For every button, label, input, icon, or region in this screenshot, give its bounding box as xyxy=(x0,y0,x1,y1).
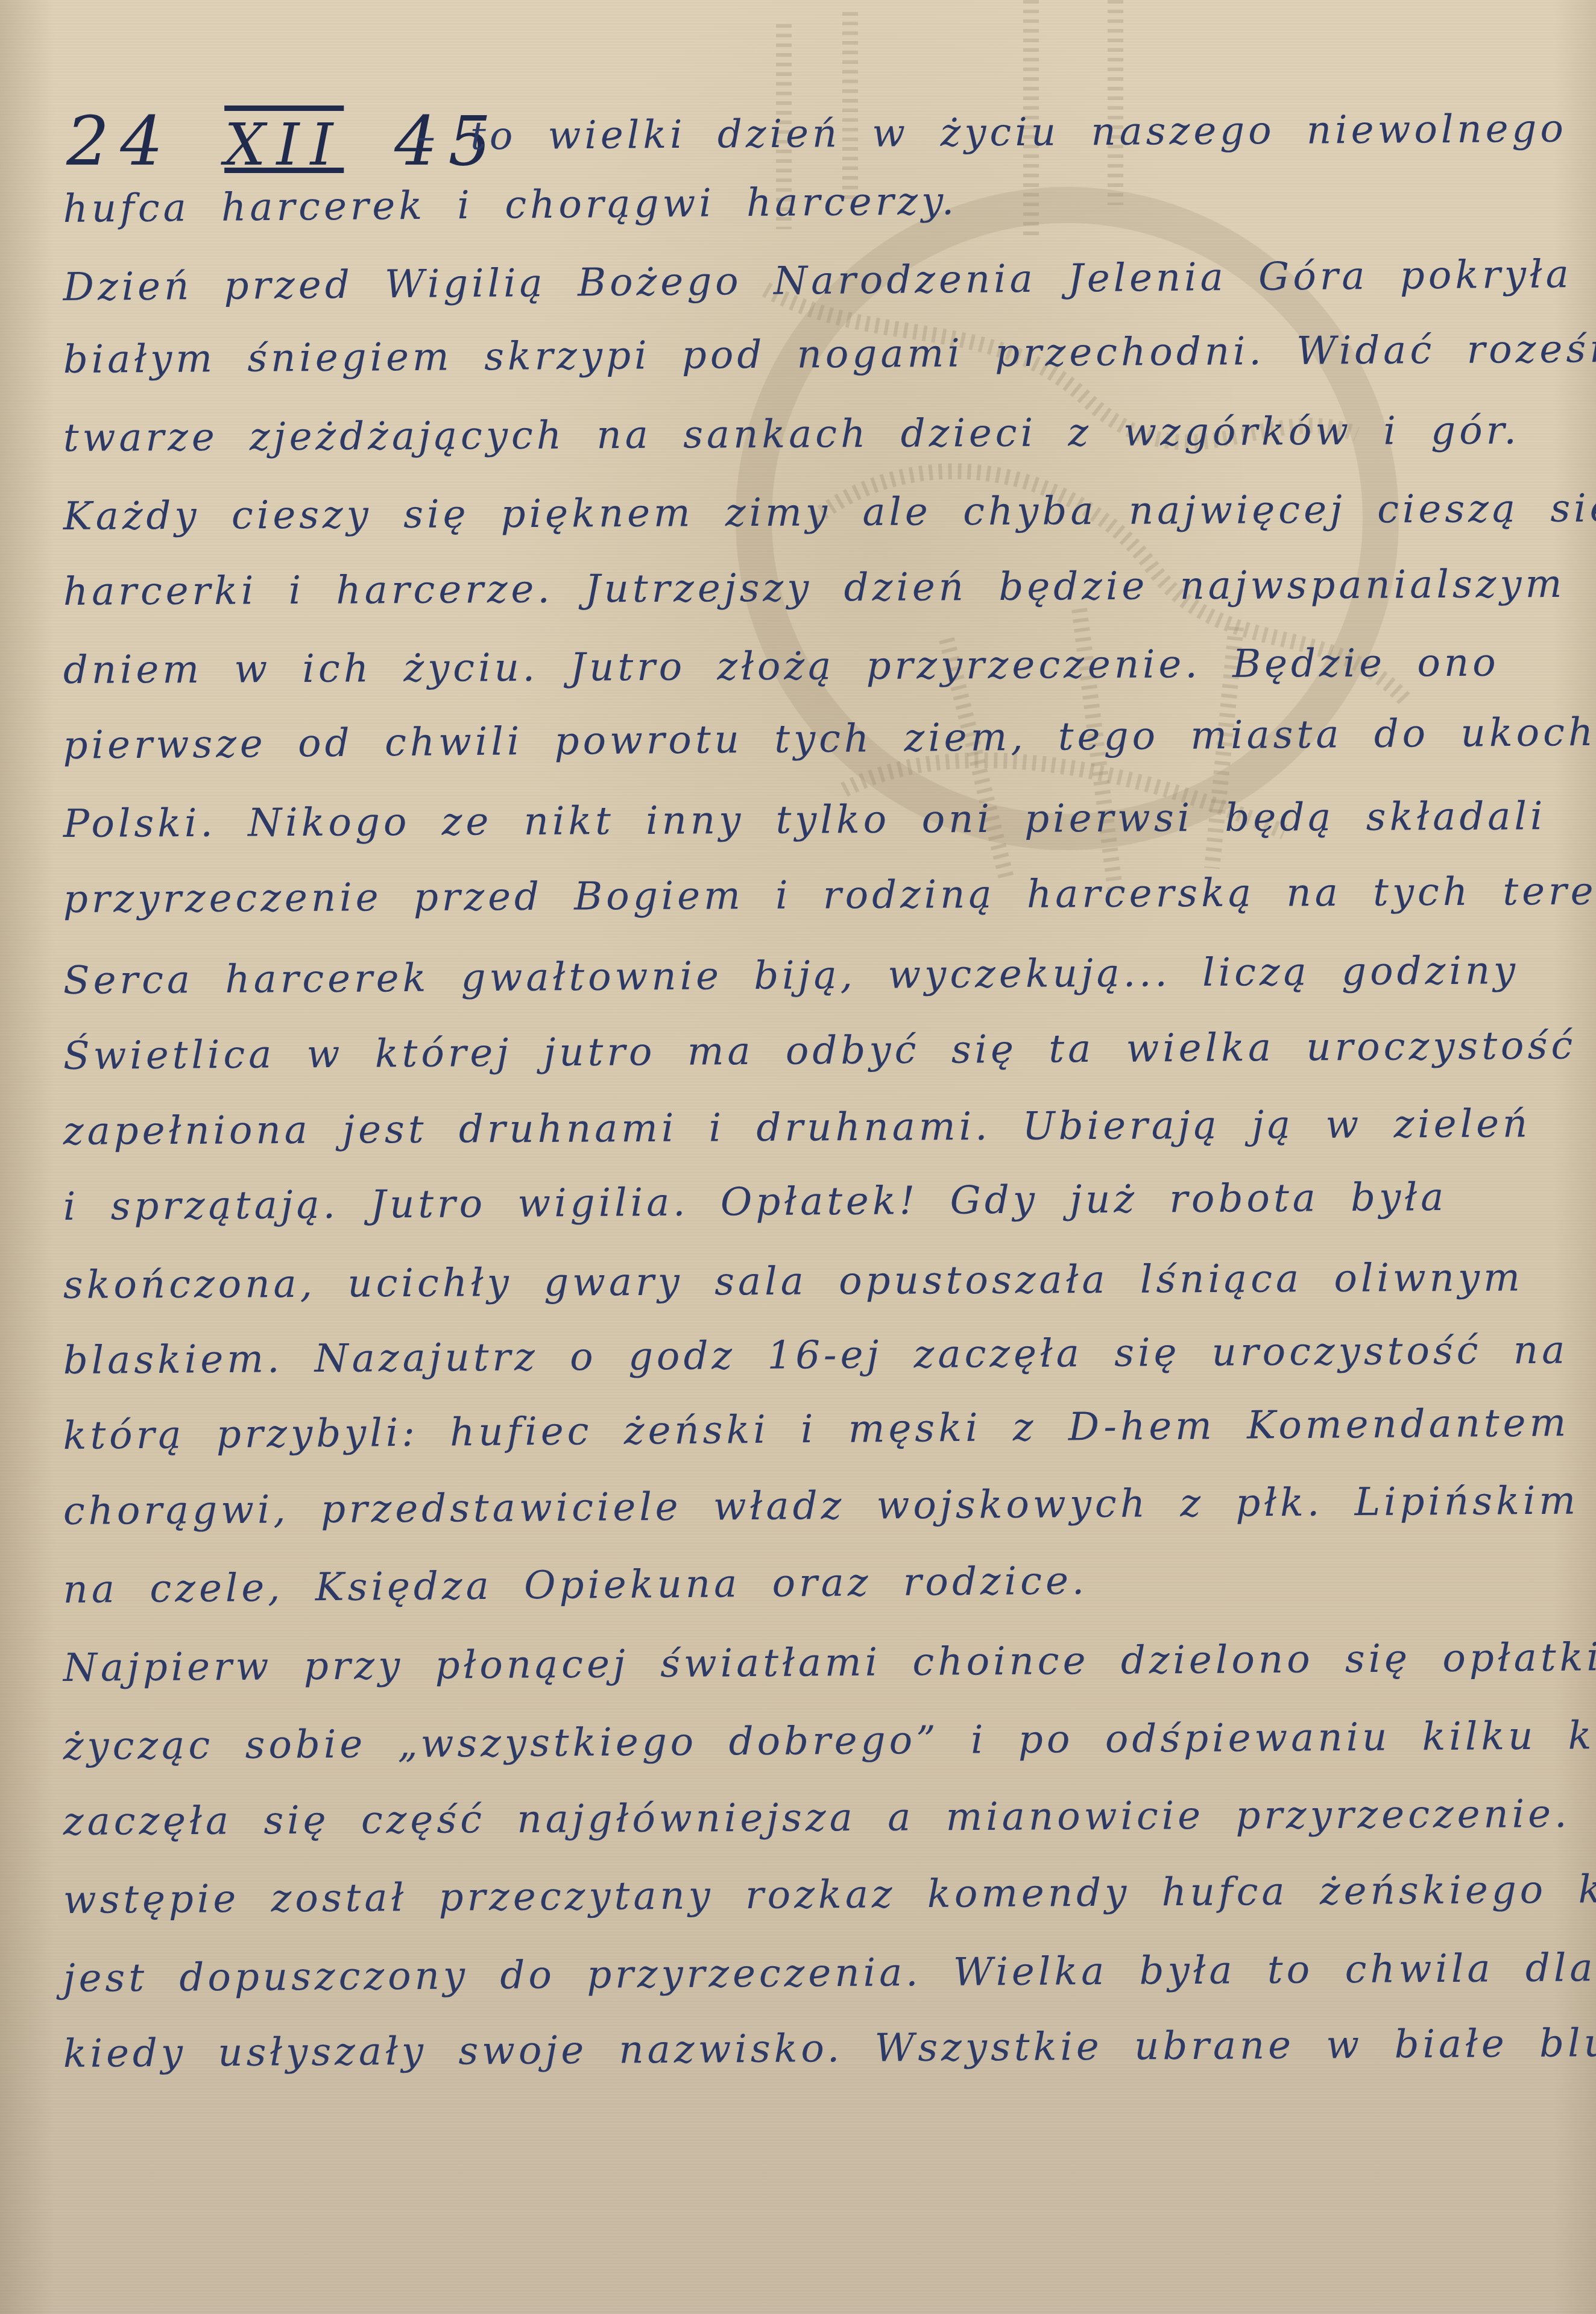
text-line: Każdy cieszy się pięknem zimy ale chyba … xyxy=(63,487,1596,539)
text-line: i sprzątają. Jutro wigilia. Opłatek! Gdy… xyxy=(63,1175,1447,1229)
text-line: przyrzeczenie przed Bogiem i rodziną har… xyxy=(63,869,1596,922)
text-line: Polski. Nikogo ze nikt inny tylko oni pi… xyxy=(63,794,1547,846)
text-line: skończona, ucichły gwary sala opustoszał… xyxy=(63,1255,1524,1308)
text-line: zapełniona jest druhnami i druhnami. Ubi… xyxy=(63,1102,1531,1154)
text-line: zaczęła się część najgłówniejsza a miano… xyxy=(63,1791,1596,1844)
text-line: pierwsze od chwili powrotu tych ziem, te… xyxy=(63,709,1596,768)
text-line: życząc sobie „wszystkiego dobrego” i po … xyxy=(63,1713,1596,1769)
text-line: harcerki i harcerze. Jutrzejszy dzień bę… xyxy=(63,562,1566,614)
text-line: kiedy usłyszały swoje nazwisko. Wszystki… xyxy=(63,2020,1596,2076)
text-line: białym śniegiem skrzypi pod nogami przec… xyxy=(63,326,1596,382)
text-line: którą przybyli: hufiec żeński i męski z … xyxy=(63,1401,1569,1458)
text-line: hufca harcerek i chorągwi harcerzy. xyxy=(63,179,957,232)
text-line: chorągwi, przedstawiciele władz wojskowy… xyxy=(63,1478,1579,1534)
text-line: wstępie został przeczytany rozkaz komend… xyxy=(63,1867,1596,1923)
text-line: blaskiem. Nazajutrz o godz 16-ej zaczęła… xyxy=(63,1328,1568,1383)
text-line: Świetlica w której jutro ma odbyć się ta… xyxy=(63,1023,1576,1079)
text-line: jest dopuszczony do przyrzeczenia. Wielk… xyxy=(63,1944,1596,2001)
text-line: twarze zjeżdżających na sankach dzieci z… xyxy=(63,408,1520,461)
handwritten-text-body: – to wielki dzień w życiu naszego niewol… xyxy=(0,0,1596,2314)
text-line: na czele, Księdza Opiekuna oraz rodzice. xyxy=(63,1559,1088,1612)
text-line: – to wielki dzień w życiu naszego niewol… xyxy=(415,107,1567,159)
document-page: 24 XII 45 – to wielki dzień w życiu nasz… xyxy=(0,0,1596,2314)
text-line: Najpierw przy płonącej światłami choince… xyxy=(63,1635,1596,1691)
text-line: Dzień przed Wigilią Bożego Narodzenia Je… xyxy=(63,252,1572,310)
text-line: Serca harcerek gwałtownie biją, wyczekuj… xyxy=(63,948,1519,1003)
text-line: dniem w ich życiu. Jutro złożą przyrzecz… xyxy=(63,641,1500,693)
